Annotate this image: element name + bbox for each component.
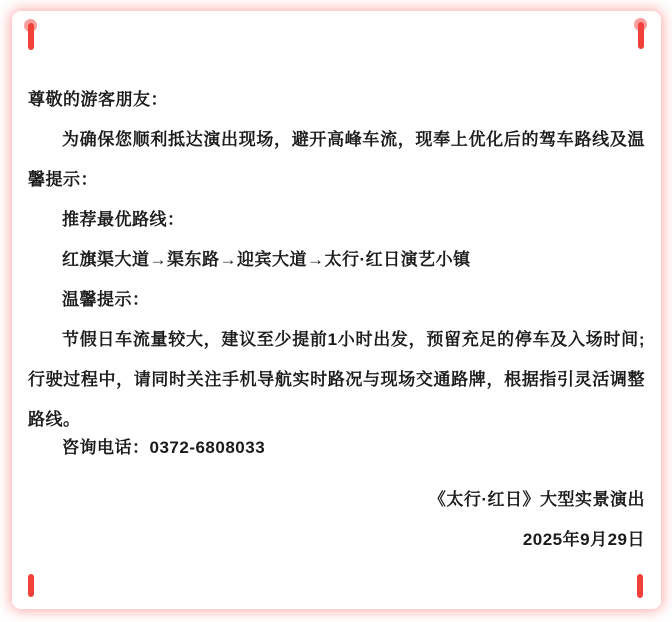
signature-block: 《太行·红日》大型实景演出 2025年9月29日 [28, 480, 645, 560]
route-line: 红旗渠大道→渠东路→迎宾大道→太行·红日演艺小镇 [28, 240, 645, 280]
tips-heading: 温馨提示： [28, 280, 645, 320]
notice-card: 尊敬的游客朋友： 为确保您顺利抵达演出现场，避开高峰车流，现奉上优化后的驾车路线… [12, 11, 661, 609]
pushpin-needle [638, 22, 644, 49]
signature-organization: 《太行·红日》大型实景演出 [28, 480, 645, 520]
pushpin-needle [637, 574, 643, 598]
phone-line: 咨询电话：0372-6808033 [28, 428, 645, 468]
pushpin-needle [28, 574, 34, 597]
intro-paragraph: 为确保您顺利抵达演出现场，避开高峰车流，现奉上优化后的驾车路线及温馨提示： [28, 120, 645, 200]
route-heading: 推荐最优路线： [28, 200, 645, 240]
tips-paragraph: 节假日车流量较大，建议至少提前1小时出发，预留充足的停车及入场时间;行驶过程中，… [28, 320, 645, 440]
pushpin-needle [28, 23, 34, 50]
signature-date: 2025年9月29日 [28, 520, 645, 560]
greeting-line: 尊敬的游客朋友： [28, 80, 645, 120]
